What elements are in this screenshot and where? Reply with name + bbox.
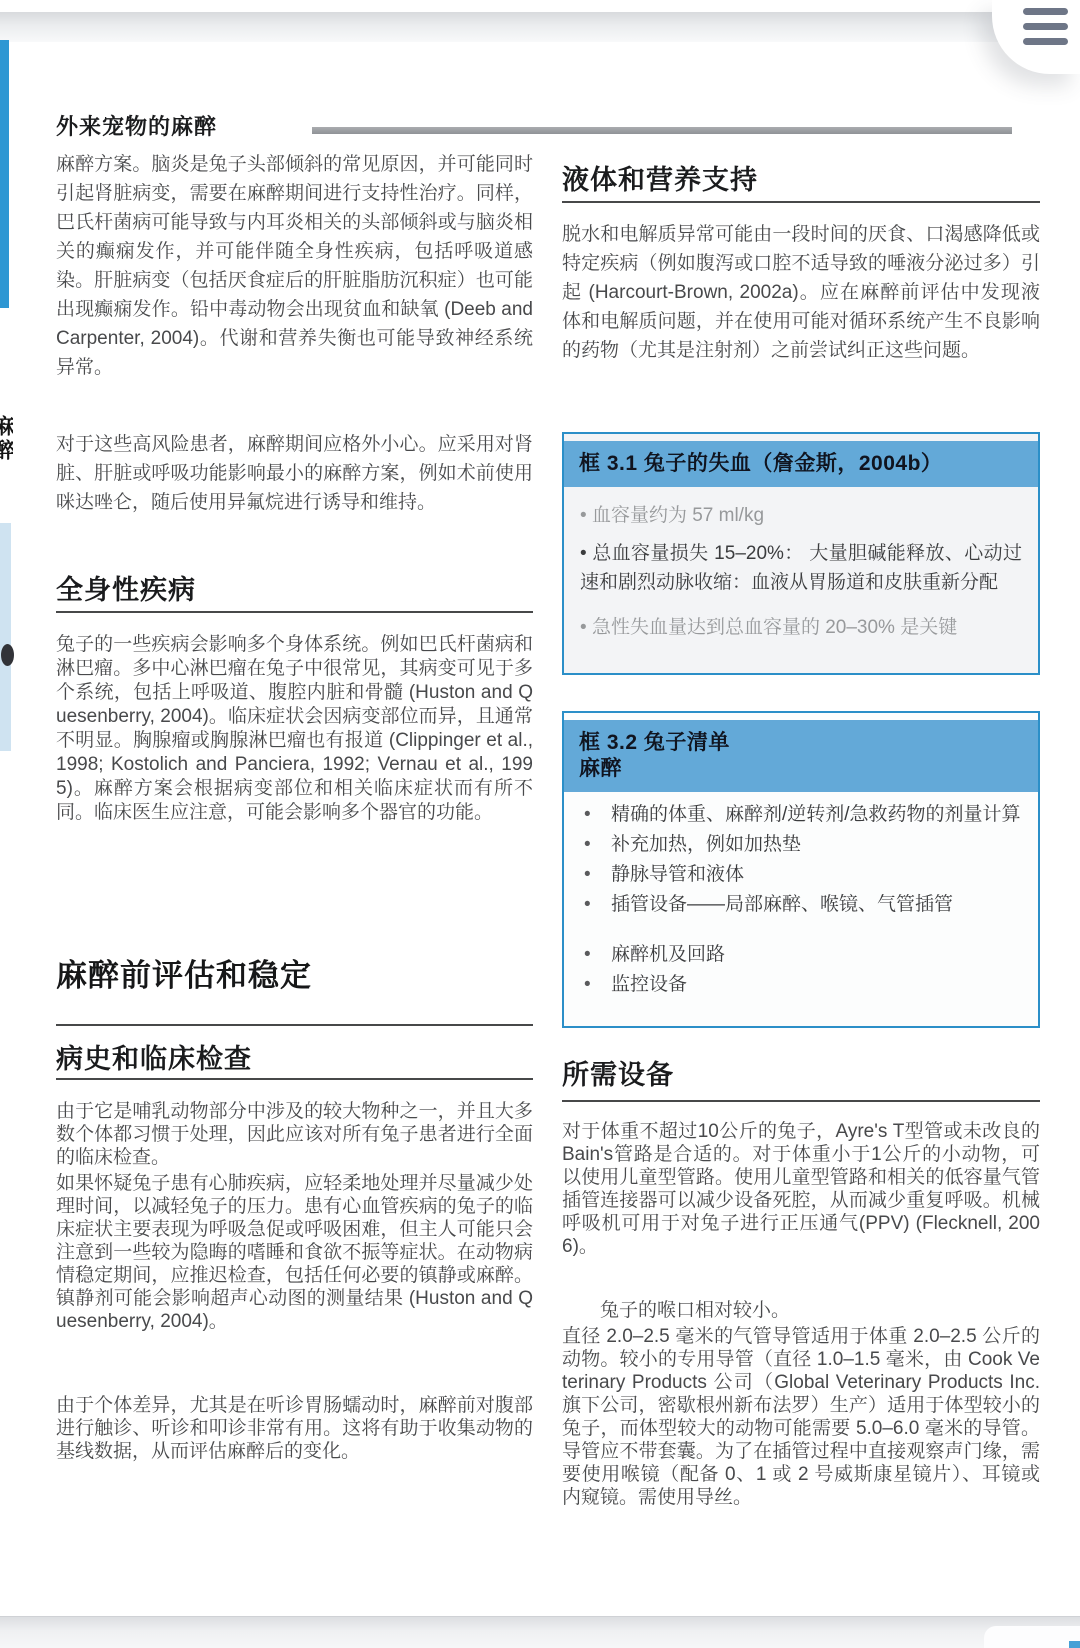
checklist-item: 插管设备——局部麻醉、喉镜、气管插管 [564,890,1022,919]
paragraph-equipment-1: 对于体重不超过10公斤的兔子，Ayre's T型管或未改良的Bain's管路是合… [562,1120,1040,1258]
hamburger-icon [1023,8,1068,53]
menu-button[interactable] [992,0,1080,74]
page-edge-dot-icon [1,644,14,666]
bullet-item: 总血容量损失 15–20%： 大量胆碱能释放、心动过速和剧烈动脉收缩：血液从胃肠… [580,539,1022,597]
paragraph-history-1: 由于它是哺乳动物部分中涉及的较大物种之一，并且大多数个体都习惯于处理，因此应该对… [56,1100,533,1169]
paragraph-high-risk: 对于这些高风险患者，麻醉期间应格外小心。应采用对肾脏、肝脏或呼吸功能影响最小的麻… [56,430,533,517]
paragraph-fluids: 脱水和电解质异常可能由一段时间的厌食、口渴感降低或特定疾病（例如腹泻或口腔不适导… [562,220,1040,365]
section-heading-systemic-disease: 全身性疾病 [56,568,533,607]
bottom-accent-square [1069,1641,1080,1648]
section-heading-fluids: 液体和营养支持 [562,158,1040,197]
topbar-shadow [0,12,1080,42]
info-box-3-2: 框 3.2 兔子清单 麻醉 精确的体重、麻醉剂/逆转剂/急救药物的剂量计算 补充… [562,711,1040,1028]
info-box-3-1: 框 3.1 兔子的失血（詹金斯，2004b） 血容量约为 57 ml/kg 总血… [562,432,1040,675]
paragraph-systemic-disease: 兔子的一些疾病会影响多个身体系统。例如巴氏杆菌病和淋巴瘤。多中心淋巴瘤在兔子中很… [56,633,533,825]
title-rule [312,127,1012,134]
paragraph-history-2: 如果怀疑兔子患有心肺疾病，应轻柔地处理并尽量减少处理时间，以减轻兔子的压力。患有… [56,1172,533,1333]
checklist-item: 静脉导管和液体 [564,860,1022,889]
checklist-item: 麻醉机及回路 [564,940,1022,969]
checklist-item: 补充加热，例如加热垫 [564,830,1022,859]
page-title: 外来宠物的麻醉 [56,110,217,141]
paragraph-equipment-3: 直径 2.0–2.5 毫米的气管导管适用于体重 2.0–2.5 公斤的动物。较小… [562,1325,1040,1509]
bottom-bar [0,1616,1080,1648]
page-edge-thumbnail [0,523,11,751]
heading-rule [562,1100,1040,1102]
info-box-title-line2: 麻醉 [579,756,1023,782]
info-box-body: 精确的体重、麻醉剂/逆转剂/急救药物的剂量计算 补充加热，例如加热垫 静脉导管和… [564,792,1038,999]
paragraph-anesthetic-protocol: 麻醉方案。脑炎是兔子头部倾斜的常见原因，并可能同时引起肾脏病变，需要在麻醉期间进… [56,150,533,382]
heading-rule [56,611,533,613]
paragraph-equipment-2: 兔子的喉口相对较小。 [562,1299,1040,1322]
info-box-title-line1: 框 3.2 兔子清单 [579,730,1023,756]
bottom-bar-pill [984,1626,1080,1648]
bullet-item: 急性失血量达到总血容量的 20–30% 是关键 [580,613,1022,642]
paragraph-history-3: 由于个体差异，尤其是在听诊胃肠蠕动时，麻醉前对腹部进行触诊、听诊和叩诊非常有用。… [56,1394,533,1463]
checklist-item: 精确的体重、麻醉剂/逆转剂/急救药物的剂量计算 [564,800,1022,829]
checklist-item: 监控设备 [564,970,1022,999]
section-heading-preanesthetic: 麻醉前评估和稳定 [56,950,533,995]
top-bar [0,0,1080,12]
info-box-title: 框 3.2 兔子清单 麻醉 [564,720,1038,792]
heading-rule [562,201,1040,203]
page-edge-accent-bar [0,40,9,308]
info-box-title: 框 3.1 兔子的失血（詹金斯，2004b） [564,441,1038,487]
section-heading-history-exam: 病史和临床检查 [56,1037,533,1076]
heading-rule [56,1024,533,1026]
info-box-body: 血容量约为 57 ml/kg 总血容量损失 15–20%： 大量胆碱能释放、心动… [564,487,1038,642]
bullet-item: 血容量约为 57 ml/kg [580,501,1022,530]
heading-rule [56,1078,533,1080]
section-heading-equipment: 所需设备 [562,1053,1040,1092]
